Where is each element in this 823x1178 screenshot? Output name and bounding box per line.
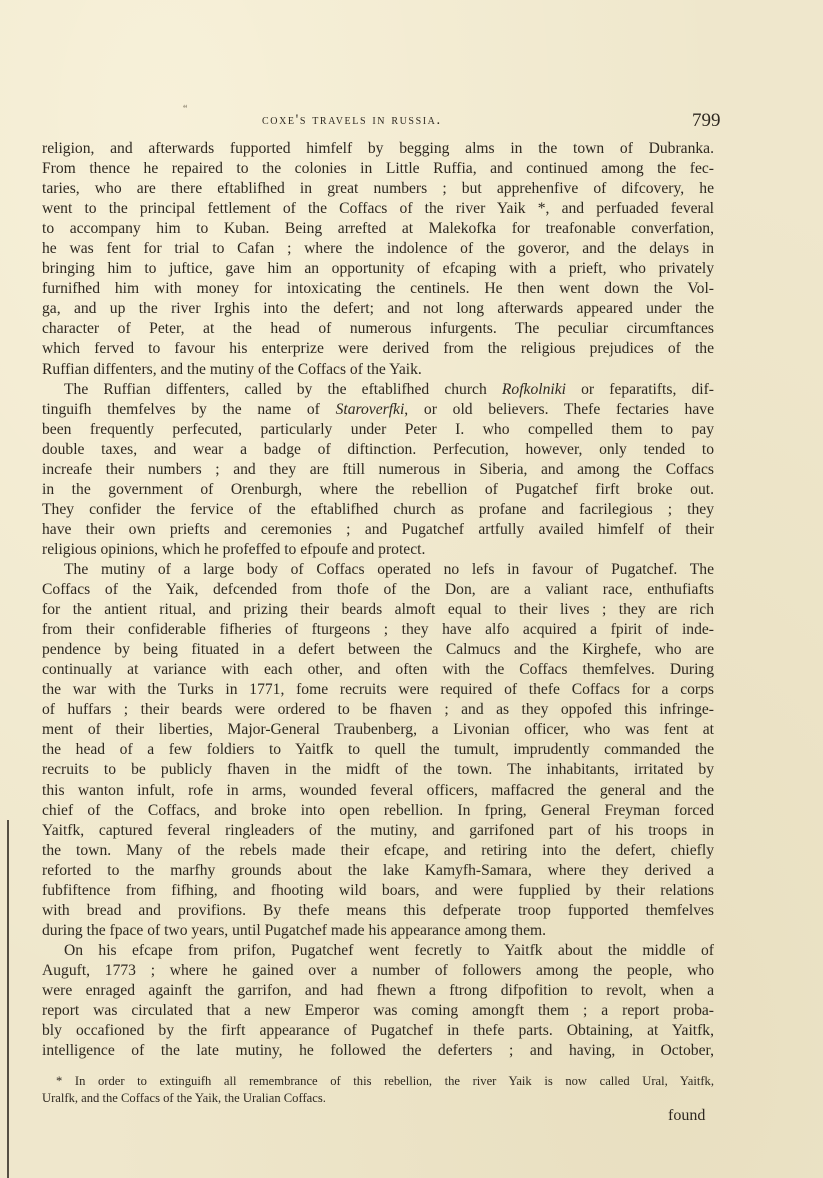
body-line: the war with the Turks in 1771, fome rec… — [42, 680, 714, 700]
line-text: for the antient ritual, and prizing thei… — [42, 601, 714, 618]
body-line: this wanton infult, rofe in arms, wounde… — [42, 781, 714, 801]
line-text: , or old believers. Thefe fectaries have — [404, 401, 714, 418]
italic-term: Rofkolniki — [502, 381, 566, 398]
body-line: taries, who are there eftablifhed in gre… — [42, 179, 714, 199]
line-text: in the government of Orenburgh, where th… — [42, 481, 714, 498]
line-text: Yaitfk, captured feveral ringleaders of … — [42, 822, 714, 839]
line-text: or feparatifts, dif- — [566, 381, 714, 398]
line-text: character of Peter, at the head of numer… — [42, 320, 714, 337]
body-line: from their confiderable fifheries of ftu… — [42, 620, 714, 640]
body-line: were enraged againft the garrifon, and h… — [42, 981, 714, 1001]
line-text: been frequently perfecuted, particularly… — [42, 421, 714, 438]
line-text: They confider the fervice of the eftabli… — [42, 501, 714, 518]
line-text: * In order to extinguifh all remembrance… — [56, 1074, 714, 1088]
body-line: The mutiny of a large body of Coffacs op… — [42, 560, 714, 580]
body-line: fubfiftence from fifhing, and fhooting w… — [42, 881, 714, 901]
line-text: intelligence of the late mutiny, he foll… — [42, 1042, 714, 1059]
line-text: recruits to be publicly fhaven in the mi… — [42, 761, 714, 778]
line-text: from their confiderable fifheries of ftu… — [42, 621, 714, 638]
body-line: pendence by being fituated in a defert b… — [42, 640, 714, 660]
body-line: during the fpace of two years, until Pug… — [42, 921, 714, 941]
body-line: continually at variance with each other,… — [42, 660, 714, 680]
body-line: religion, and afterwards fupported himfe… — [42, 139, 714, 159]
body-line: for the antient ritual, and prizing thei… — [42, 600, 714, 620]
line-text: tinguifh themfelves by the name of — [42, 401, 336, 418]
footnote-line: * In order to extinguifh all remembrance… — [42, 1073, 714, 1090]
line-text: during the fpace of two years, until Pug… — [42, 922, 546, 939]
body-line: religious opinions, which he profeffed t… — [42, 540, 714, 560]
body-line: character of Peter, at the head of numer… — [42, 319, 714, 339]
body-line: with bread and provifions. By thefe mean… — [42, 901, 714, 921]
body-line: which ferved to favour his enterprize we… — [42, 339, 714, 359]
body-line: the town. Many of the rebels made their … — [42, 841, 714, 861]
footnote: * In order to extinguifh all remembrance… — [42, 1073, 714, 1107]
line-text: ment of their liberties, Major-General T… — [42, 721, 714, 738]
body-line: double taxes, and wear a badge of diftin… — [42, 440, 714, 460]
italic-term: Staroverfki — [336, 401, 405, 418]
body-line: intelligence of the late mutiny, he foll… — [42, 1041, 714, 1061]
body-text: religion, and afterwards fupported himfe… — [42, 139, 714, 1061]
line-text: with bread and provifions. By thefe mean… — [42, 902, 714, 919]
line-text: bly occafioned by the firft appearance o… — [42, 1022, 714, 1039]
line-text: this wanton infult, rofe in arms, wounde… — [42, 782, 714, 799]
body-line: the head of a few foldiers to Yaitfk to … — [42, 740, 714, 760]
body-line: bly occafioned by the firft appearance o… — [42, 1021, 714, 1041]
body-line: he was fent for trial to Cafan ; where t… — [42, 239, 714, 259]
body-line: went to the principal fettlement of the … — [42, 199, 714, 219]
body-line: They confider the fervice of the eftabli… — [42, 500, 714, 520]
catchword: found — [668, 1107, 705, 1125]
line-text: Ruffian diffenters, and the mutiny of th… — [42, 361, 422, 378]
line-text: of huffars ; their beards were ordered t… — [42, 701, 714, 718]
line-text: On his efcape from prifon, Pugatchef wen… — [64, 942, 714, 959]
body-line: report was circulated that a new Emperor… — [42, 1001, 714, 1021]
body-line: bringing him to juftice, gave him an opp… — [42, 259, 714, 279]
line-text: taries, who are there eftablifhed in gre… — [42, 180, 714, 197]
line-text: report was circulated that a new Emperor… — [42, 1002, 714, 1019]
line-text: reforted to the marfhy grounds about the… — [42, 862, 714, 879]
line-text: have their own priefts and ceremonies ; … — [42, 521, 714, 538]
body-line: ga, and up the river Irghis into the def… — [42, 299, 714, 319]
body-line: Coffacs of the Yaik, defcended from thof… — [42, 580, 714, 600]
line-text: Uralfk, and the Coffacs of the Yaik, the… — [42, 1091, 326, 1105]
body-line: Yaitfk, captured feveral ringleaders of … — [42, 821, 714, 841]
line-text: ga, and up the river Irghis into the def… — [42, 300, 714, 317]
line-text: increafe their numbers ; and they are ft… — [42, 461, 714, 478]
line-text: Auguft, 1773 ; where he gained over a nu… — [42, 962, 714, 979]
line-text: he was fent for trial to Cafan ; where t… — [42, 240, 714, 257]
line-text: were enraged againft the garrifon, and h… — [42, 982, 714, 999]
body-line: chief of the Coffacs, and broke into ope… — [42, 801, 714, 821]
line-text: the head of a few foldiers to Yaitfk to … — [42, 741, 714, 758]
body-line: of huffars ; their beards were ordered t… — [42, 700, 714, 720]
line-text: The Ruffian diffenters, called by the ef… — [64, 381, 502, 398]
line-text: bringing him to juftice, gave him an opp… — [42, 260, 714, 277]
running-title: COXE'S TRAVELS IN RUSSIA. — [262, 112, 442, 129]
body-line: The Ruffian diffenters, called by the ef… — [42, 380, 714, 400]
line-text: fubfiftence from fifhing, and fhooting w… — [42, 882, 714, 899]
running-head: “ COXE'S TRAVELS IN RUSSIA. 799 — [0, 112, 823, 134]
line-text: double taxes, and wear a badge of diftin… — [42, 441, 714, 458]
line-text: From thence he repaired to the colonies … — [42, 160, 714, 177]
body-line: have their own priefts and ceremonies ; … — [42, 520, 714, 540]
body-line: ment of their liberties, Major-General T… — [42, 720, 714, 740]
body-line: to accompany him to Kuban. Being arrefte… — [42, 219, 714, 239]
body-line: Ruffian diffenters, and the mutiny of th… — [42, 360, 714, 380]
line-text: Coffacs of the Yaik, defcended from thof… — [42, 581, 714, 598]
page-number: 799 — [692, 110, 721, 132]
line-text: pendence by being fituated in a defert b… — [42, 641, 714, 658]
body-line: reforted to the marfhy grounds about the… — [42, 861, 714, 881]
line-text: furnifhed him with money for intoxicatin… — [42, 280, 714, 297]
body-line: On his efcape from prifon, Pugatchef wen… — [42, 941, 714, 961]
body-line: furnifhed him with money for intoxicatin… — [42, 279, 714, 299]
body-line: been frequently perfecuted, particularly… — [42, 420, 714, 440]
line-text: continually at variance with each other,… — [42, 661, 714, 678]
stray-mark: “ — [183, 104, 187, 115]
line-text: the town. Many of the rebels made their … — [42, 842, 714, 859]
line-text: The mutiny of a large body of Coffacs op… — [64, 561, 714, 578]
line-text: to accompany him to Kuban. Being arrefte… — [42, 220, 714, 237]
binding-edge-rule — [7, 820, 9, 1178]
line-text: the war with the Turks in 1771, fome rec… — [42, 681, 714, 698]
body-line: increafe their numbers ; and they are ft… — [42, 460, 714, 480]
line-text: religion, and afterwards fupported himfe… — [42, 140, 714, 157]
line-text: which ferved to favour his enterprize we… — [42, 340, 714, 357]
body-line: in the government of Orenburgh, where th… — [42, 480, 714, 500]
book-page: “ COXE'S TRAVELS IN RUSSIA. 799 religion… — [0, 0, 823, 1178]
body-line: Auguft, 1773 ; where he gained over a nu… — [42, 961, 714, 981]
body-line: From thence he repaired to the colonies … — [42, 159, 714, 179]
line-text: religious opinions, which he profeffed t… — [42, 541, 425, 558]
body-line: recruits to be publicly fhaven in the mi… — [42, 760, 714, 780]
line-text: went to the principal fettlement of the … — [42, 200, 714, 217]
footnote-line: Uralfk, and the Coffacs of the Yaik, the… — [42, 1090, 714, 1107]
line-text: chief of the Coffacs, and broke into ope… — [42, 802, 714, 819]
body-line: tinguifh themfelves by the name of Staro… — [42, 400, 714, 420]
